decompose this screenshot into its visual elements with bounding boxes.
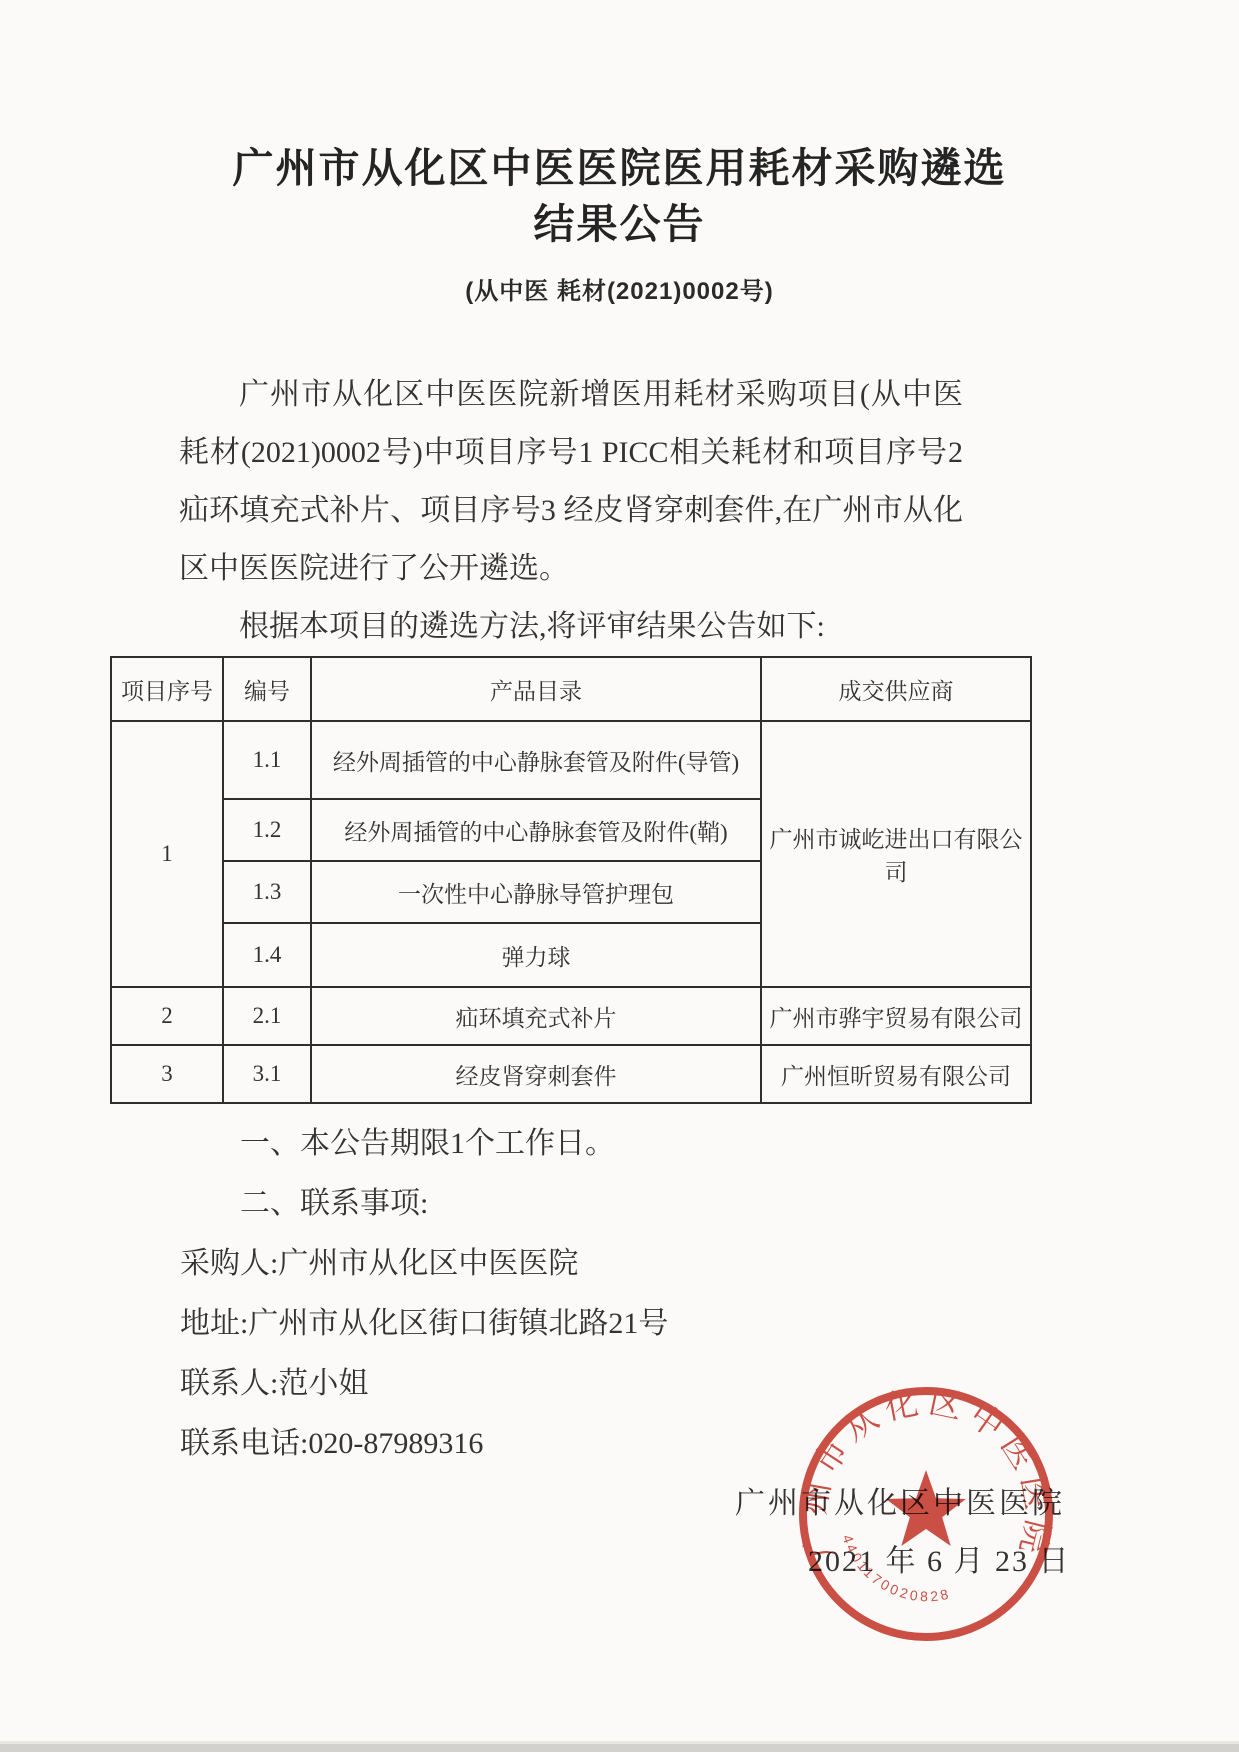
cell-project-no: 1 bbox=[111, 721, 223, 987]
contact-buyer: 采购人:广州市从化区中医医院 bbox=[180, 1234, 1239, 1294]
scan-edge bbox=[0, 1744, 1239, 1752]
cell-product: 经外周插管的中心静脉套管及附件(导管) bbox=[311, 721, 761, 799]
document-number: (从中医 耗材(2021)0002号) bbox=[0, 276, 1239, 308]
cell-product: 一次性中心静脉导管护理包 bbox=[311, 861, 761, 923]
cell-code: 3.1 bbox=[223, 1045, 311, 1103]
note-duration: 一、本公告期限1个工作日。 bbox=[180, 1114, 1239, 1174]
body-text: 广州市从化区中医医院新增医用耗材采购项目(从中医耗材(2021)0002号)中项… bbox=[179, 366, 963, 656]
cell-code: 2.1 bbox=[223, 987, 311, 1045]
body-paragraph-1: 广州市从化区中医医院新增医用耗材采购项目(从中医耗材(2021)0002号)中项… bbox=[179, 366, 963, 598]
header-product: 产品目录 bbox=[311, 657, 761, 721]
cell-project-no: 3 bbox=[111, 1045, 223, 1103]
table-row: 3 3.1 经皮肾穿刺套件 广州恒昕贸易有限公司 bbox=[111, 1045, 1031, 1103]
contact-phone: 联系电话:020-87989316 bbox=[180, 1414, 1239, 1474]
cell-product: 经皮肾穿刺套件 bbox=[311, 1045, 761, 1103]
signature-date: 2021 年 6 月 23 日 bbox=[808, 1536, 1071, 1580]
cell-code: 1.3 bbox=[223, 861, 311, 923]
document-title: 广州市从化区中医医院医用耗材采购遴选 结果公告 bbox=[0, 140, 1239, 252]
cell-code: 1.1 bbox=[223, 721, 311, 799]
cell-project-no: 2 bbox=[111, 987, 223, 1045]
title-line-1: 广州市从化区中医医院医用耗材采购遴选 bbox=[0, 140, 1239, 196]
cell-supplier: 广州恒昕贸易有限公司 bbox=[761, 1045, 1031, 1103]
cell-product: 经外周插管的中心静脉套管及附件(鞘) bbox=[311, 799, 761, 861]
table-row: 1 1.1 经外周插管的中心静脉套管及附件(导管) 广州市诚屹进出口有限公司 bbox=[111, 721, 1031, 799]
signature-organization: 广州市从化区中医医院 bbox=[735, 1478, 1065, 1522]
header-supplier: 成交供应商 bbox=[761, 657, 1031, 721]
cell-code: 1.2 bbox=[223, 799, 311, 861]
header-project-no: 项目序号 bbox=[111, 657, 223, 721]
note-contact-heading: 二、联系事项: bbox=[180, 1174, 1239, 1234]
contact-person: 联系人:范小姐 bbox=[180, 1354, 1239, 1414]
table-header-row: 项目序号 编号 产品目录 成交供应商 bbox=[111, 657, 1031, 721]
cell-supplier: 广州市诚屹进出口有限公司 bbox=[761, 721, 1031, 987]
results-table: 项目序号 编号 产品目录 成交供应商 1 1.1 经外周插管的中心静脉套管及附件… bbox=[110, 656, 1032, 1104]
notes-section: 一、本公告期限1个工作日。 二、联系事项: 采购人:广州市从化区中医医院 地址:… bbox=[180, 1114, 1239, 1474]
header-code: 编号 bbox=[223, 657, 311, 721]
cell-product: 疝环填充式补片 bbox=[311, 987, 761, 1045]
document-page: 广州市从化区中医医院医用耗材采购遴选 结果公告 (从中医 耗材(2021)000… bbox=[0, 0, 1239, 1752]
table-row: 2 2.1 疝环填充式补片 广州市骅宇贸易有限公司 bbox=[111, 987, 1031, 1045]
body-paragraph-2: 根据本项目的遴选方法,将评审结果公告如下: bbox=[179, 598, 963, 656]
contact-address: 地址:广州市从化区街口街镇北路21号 bbox=[180, 1294, 1239, 1354]
title-line-2: 结果公告 bbox=[0, 196, 1239, 252]
cell-supplier: 广州市骅宇贸易有限公司 bbox=[761, 987, 1031, 1045]
cell-product: 弹力球 bbox=[311, 923, 761, 987]
cell-code: 1.4 bbox=[223, 923, 311, 987]
